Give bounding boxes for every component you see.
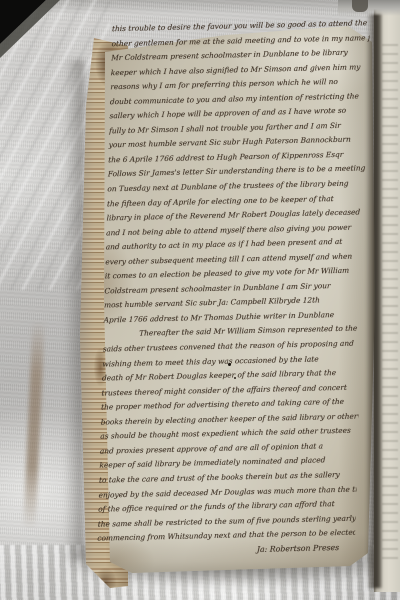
facing-page-text-showthrough [382, 44, 398, 564]
photo-of-manuscript-book: this trouble to desire the favour you wi… [0, 0, 400, 600]
gutter-shadow [366, 14, 382, 588]
ink-speck [228, 363, 231, 366]
top-right-cloth [338, 0, 400, 16]
manuscript-text: this trouble to desire the favour you wi… [96, 16, 370, 575]
ink-speck [234, 377, 236, 379]
top-right-cloth-fold [352, 0, 368, 12]
